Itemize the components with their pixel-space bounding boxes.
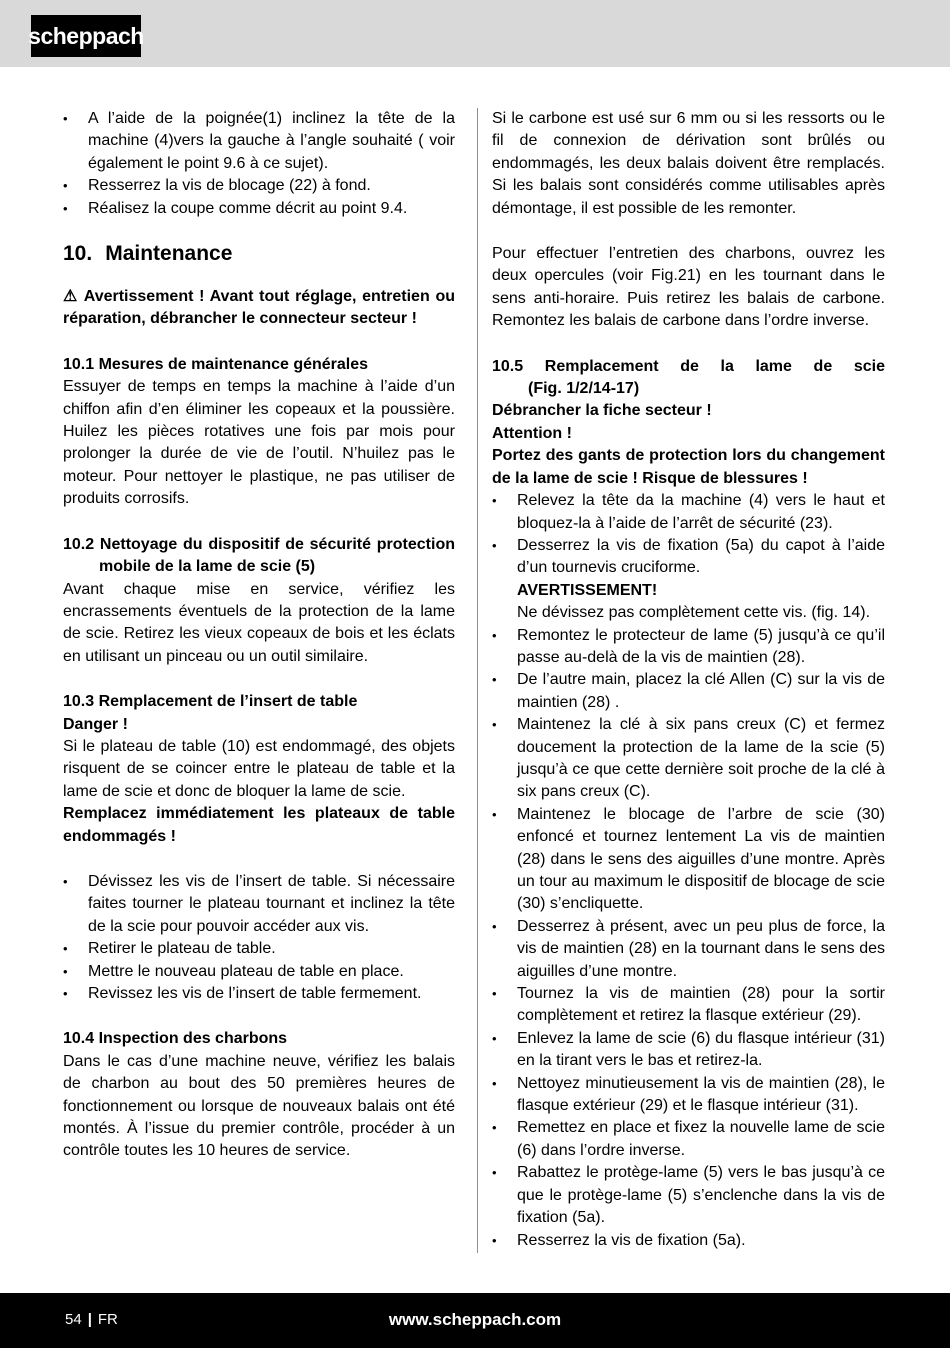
- list-item-text: Tournez la vis de maintien (28) pour la …: [517, 983, 885, 1028]
- bullet-icon: •: [63, 871, 88, 938]
- list-item: •Resserrez la vis de fixation (5a).: [492, 1230, 885, 1252]
- list-item: •De l’autre main, placez la clé Allen (C…: [492, 669, 885, 714]
- list-item: •Resserrez la vis de blocage (22) à fond…: [63, 175, 455, 197]
- list-item-text: Resserrez la vis de blocage (22) à fond.: [88, 175, 455, 197]
- paragraph: Dans le cas d’une machine neuve, vérifie…: [63, 1051, 455, 1163]
- paragraph: Avant chaque mise en service, vérifiez l…: [63, 579, 455, 669]
- list-item-text: Nettoyez minutieusement la vis de mainti…: [517, 1073, 885, 1118]
- list-item: •Maintenez la clé à six pans creux (C) e…: [492, 714, 885, 804]
- bold-paragraph: Débrancher la fiche secteur !: [492, 400, 885, 422]
- bullet-list: •A l’aide de la poignée(1) inclinez la t…: [63, 108, 455, 220]
- bold-paragraph: Portez des gants de protection lors du c…: [492, 445, 885, 490]
- list-item: •Maintenez le blocage de l’arbre de scie…: [492, 804, 885, 916]
- list-item-text: Remontez le protecteur de lame (5) jusqu…: [517, 625, 885, 670]
- indented-note: Ne dévissez pas complètement cette vis. …: [492, 602, 885, 624]
- list-item-text: Relevez la tête da la machine (4) vers l…: [517, 490, 885, 535]
- bullet-icon: •: [63, 961, 88, 983]
- bullet-icon: •: [492, 1073, 517, 1118]
- bullet-icon: •: [63, 198, 88, 220]
- footer-bar: 54 | FR www.scheppach.com: [0, 1293, 950, 1348]
- section-heading-line1: 10.1 Mesures de maintenance générales: [63, 354, 455, 376]
- section-heading: 10.5 Remplacement de la lame de scie(Fig…: [492, 356, 885, 401]
- list-item: •Dévissez les vis de l’insert de table. …: [63, 871, 455, 938]
- bullet-icon: •: [492, 1230, 517, 1252]
- bullet-icon: •: [492, 1117, 517, 1162]
- list-item-text: Resserrez la vis de fixation (5a).: [517, 1230, 885, 1252]
- list-item: •Revissez les vis de l’insert de table f…: [63, 983, 455, 1005]
- bullet-list: •Dévissez les vis de l’insert de table. …: [63, 871, 455, 1005]
- list-item: •Réalisez la coupe comme décrit au point…: [63, 198, 455, 220]
- list-item-text: Enlevez la lame de scie (6) du flasque i…: [517, 1028, 885, 1073]
- column-divider: [477, 108, 478, 1253]
- chapter-number: 10.: [63, 242, 92, 265]
- bold-paragraph: Remplacez immédiatement les plateaux de …: [63, 803, 455, 848]
- bullet-icon: •: [63, 983, 88, 1005]
- section-heading-line1: 10.2 Nettoyage du dispositif de sécurité…: [63, 534, 455, 556]
- paragraph: Si le carbone est usé sur 6 mm ou si les…: [492, 108, 885, 220]
- list-item: •Remettez en place et fixez la nouvelle …: [492, 1117, 885, 1162]
- bullet-icon: •: [492, 916, 517, 983]
- bullet-list: •Remontez le protecteur de lame (5) jusq…: [492, 625, 885, 1252]
- scheppach-logo: scheppach: [31, 15, 141, 57]
- list-item-text: Desserrez la vis de fixation (5a) du cap…: [517, 535, 885, 580]
- header-bar: scheppach: [0, 0, 950, 67]
- bullet-icon: •: [492, 983, 517, 1028]
- list-item: •Desserrez à présent, avec un peu plus d…: [492, 916, 885, 983]
- paragraph: Pour effectuer l’entretien des charbons,…: [492, 243, 885, 333]
- bullet-icon: •: [492, 1162, 517, 1229]
- list-item-text: Maintenez le blocage de l’arbre de scie …: [517, 804, 885, 916]
- list-item-text: Retirer le plateau de table.: [88, 938, 455, 960]
- list-item-text: Mettre le nouveau plateau de table en pl…: [88, 961, 455, 983]
- bold-paragraph: Attention !: [492, 423, 885, 445]
- bullet-list: •Relevez la tête da la machine (4) vers …: [492, 490, 885, 580]
- list-item: •Remontez le protecteur de lame (5) jusq…: [492, 625, 885, 670]
- section-heading-line1: 10.3 Remplacement de l’insert de table: [63, 691, 455, 713]
- list-item-text: Desserrez à présent, avec un peu plus de…: [517, 916, 885, 983]
- bullet-icon: •: [492, 625, 517, 670]
- list-item-text: Rabattez le protège-lame (5) vers le bas…: [517, 1162, 885, 1229]
- section-heading: 10.1 Mesures de maintenance générales: [63, 354, 455, 376]
- section-heading-line1: 10.4 Inspection des charbons: [63, 1028, 455, 1050]
- list-item-text: Maintenez la clé à six pans creux (C) et…: [517, 714, 885, 804]
- list-item-text: Revissez les vis de l’insert de table fe…: [88, 983, 455, 1005]
- left-column: •A l’aide de la poignée(1) inclinez la t…: [63, 108, 455, 1163]
- list-item: •Enlevez la lame de scie (6) du flasque …: [492, 1028, 885, 1073]
- list-item-text: Dévissez les vis de l’insert de table. S…: [88, 871, 455, 938]
- section-heading-line2: mobile de la lame de scie (5): [63, 556, 455, 578]
- list-item: •Nettoyez minutieusement la vis de maint…: [492, 1073, 885, 1118]
- list-item-text: Réalisez la coupe comme décrit au point …: [88, 198, 455, 220]
- list-item-text: Remettez en place et fixez la nouvelle l…: [517, 1117, 885, 1162]
- bullet-icon: •: [63, 175, 88, 197]
- section-heading-line2: (Fig. 1/2/14-17): [492, 378, 885, 400]
- paragraph: Si le plateau de table (10) est endommag…: [63, 736, 455, 803]
- list-item: •Desserrez la vis de fixation (5a) du ca…: [492, 535, 885, 580]
- list-item: •Tournez la vis de maintien (28) pour la…: [492, 983, 885, 1028]
- bold-paragraph: Danger !: [63, 714, 455, 736]
- right-column: Si le carbone est usé sur 6 mm ou si les…: [492, 108, 885, 1252]
- bullet-icon: •: [492, 669, 517, 714]
- bullet-icon: •: [492, 490, 517, 535]
- list-item: •A l’aide de la poignée(1) inclinez la t…: [63, 108, 455, 175]
- list-item-text: De l’autre main, placez la clé Allen (C)…: [517, 669, 885, 714]
- paragraph: Essuyer de temps en temps la machine à l…: [63, 376, 455, 510]
- bullet-icon: •: [63, 938, 88, 960]
- bullet-icon: •: [492, 1028, 517, 1073]
- section-heading: 10.3 Remplacement de l’insert de table: [63, 691, 455, 713]
- bullet-icon: •: [492, 535, 517, 580]
- bold-paragraph: ⚠ Avertissement ! Avant tout réglage, en…: [63, 286, 455, 331]
- bullet-icon: •: [492, 714, 517, 804]
- list-item: •Retirer le plateau de table.: [63, 938, 455, 960]
- list-item-text: A l’aide de la poignée(1) inclinez la tê…: [88, 108, 455, 175]
- bullet-icon: •: [492, 804, 517, 916]
- chapter-title: 10.Maintenance: [63, 240, 455, 268]
- section-heading-line1: 10.5 Remplacement de la lame de scie: [492, 356, 885, 378]
- section-heading: 10.4 Inspection des charbons: [63, 1028, 455, 1050]
- indented-warning-label: AVERTISSEMENT!: [492, 580, 885, 602]
- section-heading: 10.2 Nettoyage du dispositif de sécurité…: [63, 534, 455, 579]
- list-item: •Relevez la tête da la machine (4) vers …: [492, 490, 885, 535]
- list-item: •Rabattez le protège-lame (5) vers le ba…: [492, 1162, 885, 1229]
- bullet-icon: •: [63, 108, 88, 175]
- website-text: www.scheppach.com: [0, 1293, 950, 1348]
- chapter-label: Maintenance: [105, 242, 232, 265]
- list-item: •Mettre le nouveau plateau de table en p…: [63, 961, 455, 983]
